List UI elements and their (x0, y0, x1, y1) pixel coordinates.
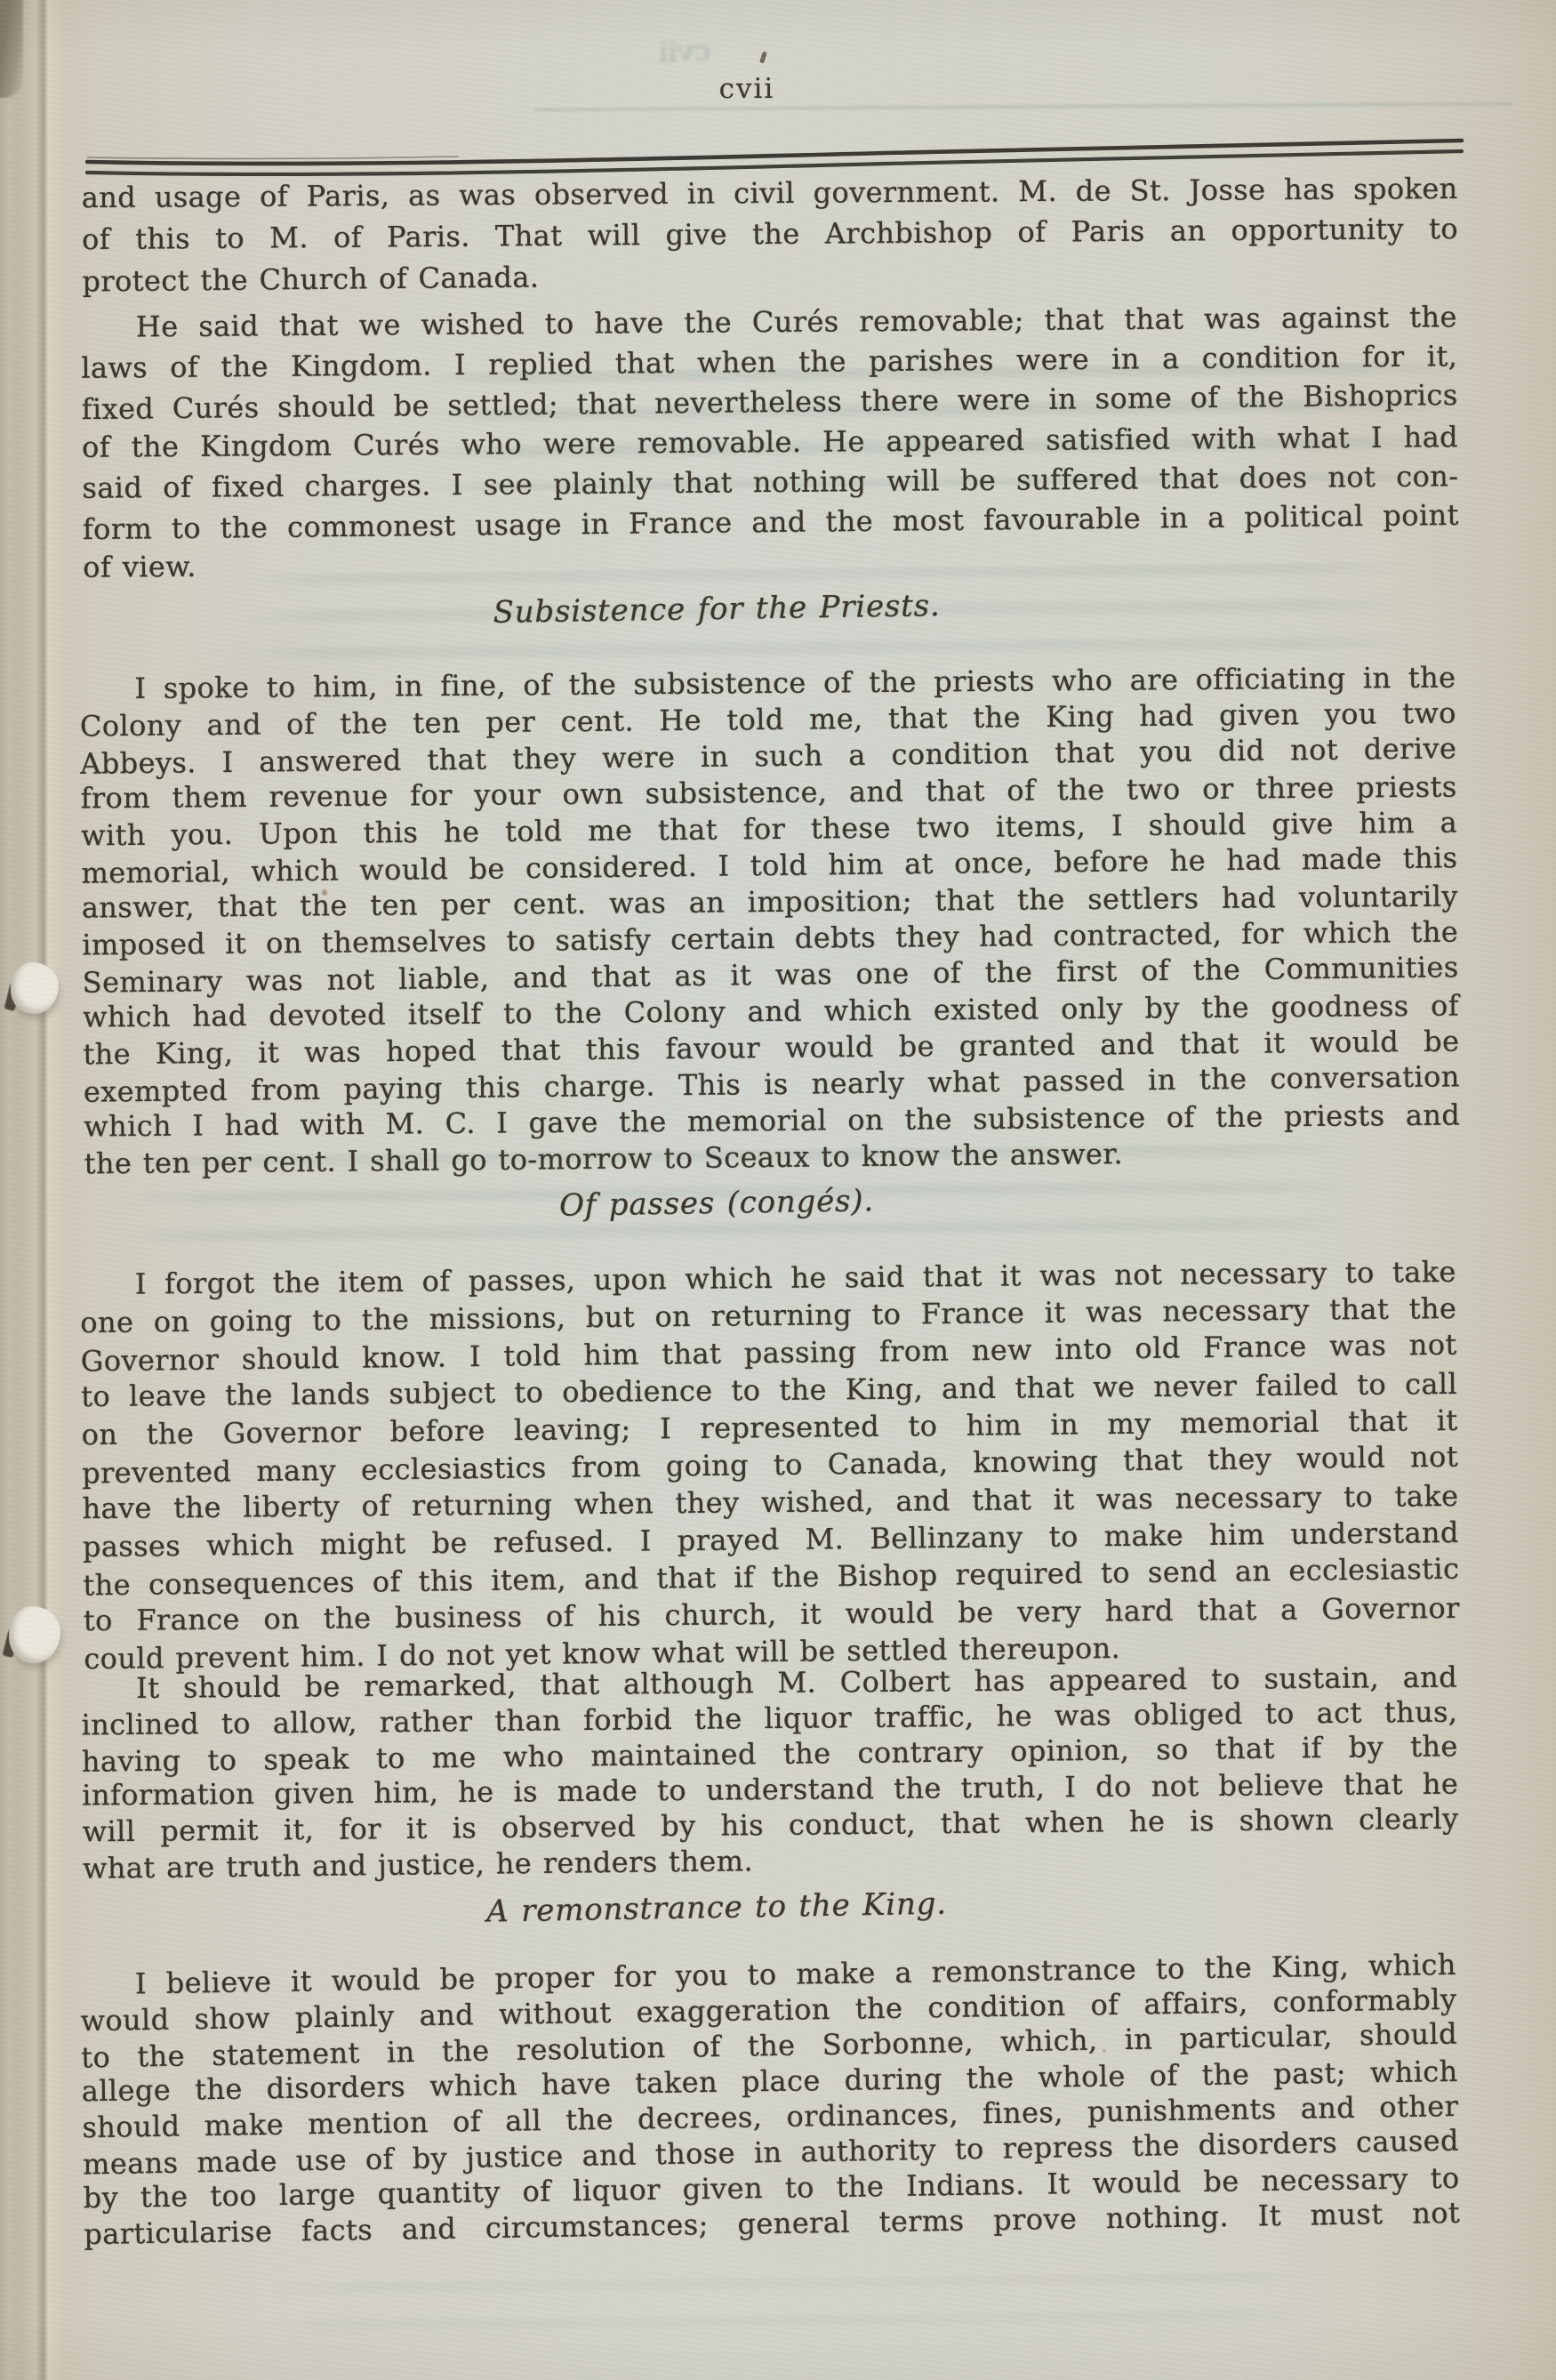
paragraph: I believe it would be proper for you to … (80, 1946, 1461, 2252)
bleed-through-text (267, 2271, 1335, 2336)
paragraph: It should be remarked, that although M. … (81, 1659, 1459, 1886)
paper-notch (9, 1606, 60, 1663)
foxing-speck (1103, 2049, 1106, 2053)
section-heading: Subsistence for the Priests. (82, 580, 1458, 637)
paper-chip (11, 962, 59, 1014)
bleed-through-page-number: cvii (613, 31, 756, 71)
foxing-speck (322, 889, 327, 896)
paper-notch (11, 962, 59, 1014)
paragraph: and usage of Paris, as was observed in c… (81, 167, 1458, 301)
paragraph: I spoke to him, in fine, of the subsiste… (79, 659, 1460, 1183)
section-heading: Of passes (congés). (82, 1174, 1458, 1231)
page-number: cvii (0, 73, 1556, 105)
paper-chip (9, 1606, 60, 1663)
foxing-speck (638, 750, 643, 754)
book-page: cvii cvii and usage of Paris, as was obs… (0, 0, 1556, 2380)
section-heading: A remonstrance to the King. (82, 1877, 1458, 1936)
ink-speck (759, 52, 767, 64)
paragraph: I forgot the item of passes, upon which … (80, 1252, 1461, 1677)
paragraph: He said that we wished to have the Curés… (81, 296, 1460, 588)
